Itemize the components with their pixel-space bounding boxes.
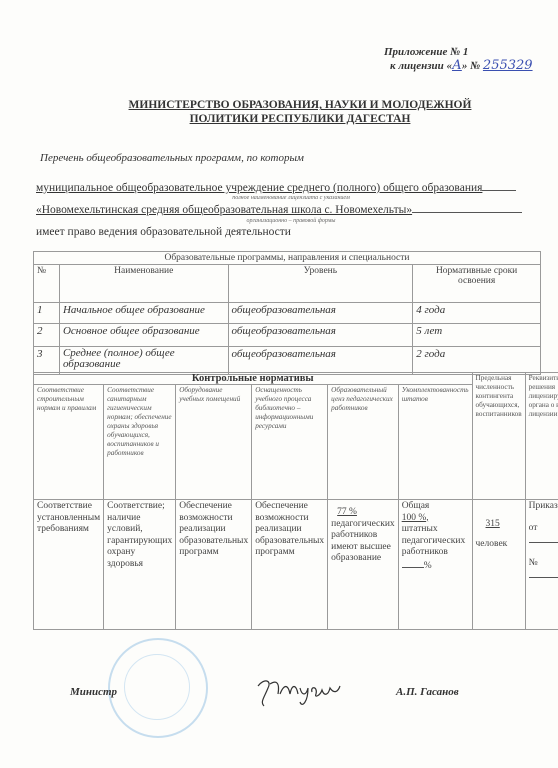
header-num: № xyxy=(34,265,60,303)
license-right-text: имеет право ведения образовательной деят… xyxy=(36,226,546,238)
license-number: 255329 xyxy=(483,58,533,73)
ministry-title: МИНИСТЕРСТВО ОБРАЗОВАНИЯ, НАУКИ И МОЛОДЕ… xyxy=(60,98,540,126)
value-capacity: 315 человек xyxy=(472,500,525,630)
caption-legal-form: организационно – правовой формы xyxy=(36,218,546,224)
header-library: Оснащенность учебного процесса библиотеч… xyxy=(252,385,328,500)
value-decision: Приказ от № xyxy=(525,500,558,630)
value-library: Обеспечение возможности реализации образ… xyxy=(252,500,328,630)
program-row: 3 Среднее (полное) общее образование общ… xyxy=(34,347,541,375)
header-equipment: Оборудование учебных помещений xyxy=(176,385,252,500)
header-term: Нормативные сроки освоения xyxy=(413,265,541,303)
programs-table-title: Образовательные программы, направления и… xyxy=(34,252,541,265)
appendix-line2: к лицензии «А» № 255329 xyxy=(384,59,533,73)
header-sanitary: Соответствие санитарным гигиеническим но… xyxy=(104,385,176,500)
value-construction: Соответствие установленным требованиям xyxy=(34,500,104,630)
program-row: 2 Основное общее образование общеобразов… xyxy=(34,324,541,347)
header-level: Уровень xyxy=(228,265,413,303)
header-decision: Реквизиты решения лицензирующего органа … xyxy=(525,373,558,500)
header-staffing: Укомплектованность штатов xyxy=(398,385,472,500)
intro-text: Перечень общеобразовательных программ, п… xyxy=(40,152,304,164)
licensee-type: муниципальное общеобразовательное учрежд… xyxy=(36,180,546,194)
value-qualification: 77 % педагогических работников имеют выс… xyxy=(328,500,399,630)
programs-table: Образовательные программы, направления и… xyxy=(33,251,541,375)
norms-table: Контрольные нормативы Предельная численн… xyxy=(33,372,558,630)
norms-table-title: Контрольные нормативы xyxy=(34,373,473,385)
signatory-position: Министр xyxy=(70,686,117,698)
value-staffing: Общая 100 %, штатных педагогических рабо… xyxy=(398,500,472,630)
caption-full-name: полное наименование лицензиата с указани… xyxy=(36,195,546,201)
value-equipment: Обеспечение возможности реализации образ… xyxy=(176,500,252,630)
header-construction: Соответствие строительным нормам и прави… xyxy=(34,385,104,500)
header-qualification: Образовательный ценз педагогических рабо… xyxy=(328,385,399,500)
program-row: 1 Начальное общее образование общеобразо… xyxy=(34,303,541,324)
license-series: А xyxy=(452,58,462,73)
value-sanitary: Соответствие; наличие условий, гарантиру… xyxy=(104,500,176,630)
header-capacity: Предельная численность контингента обуча… xyxy=(472,373,525,500)
signature-icon xyxy=(250,672,350,712)
signatory-name: А.П. Гасанов xyxy=(396,686,459,698)
norms-values-row: Соответствие установленным требованиям С… xyxy=(34,500,558,630)
licensee-name: «Новомехельтинская средняя общеобразоват… xyxy=(36,202,546,216)
appendix-header: Приложение № 1 к лицензии «А» № 255329 xyxy=(384,46,533,73)
official-seal-icon xyxy=(108,638,208,738)
header-name: Наименование xyxy=(59,265,228,303)
